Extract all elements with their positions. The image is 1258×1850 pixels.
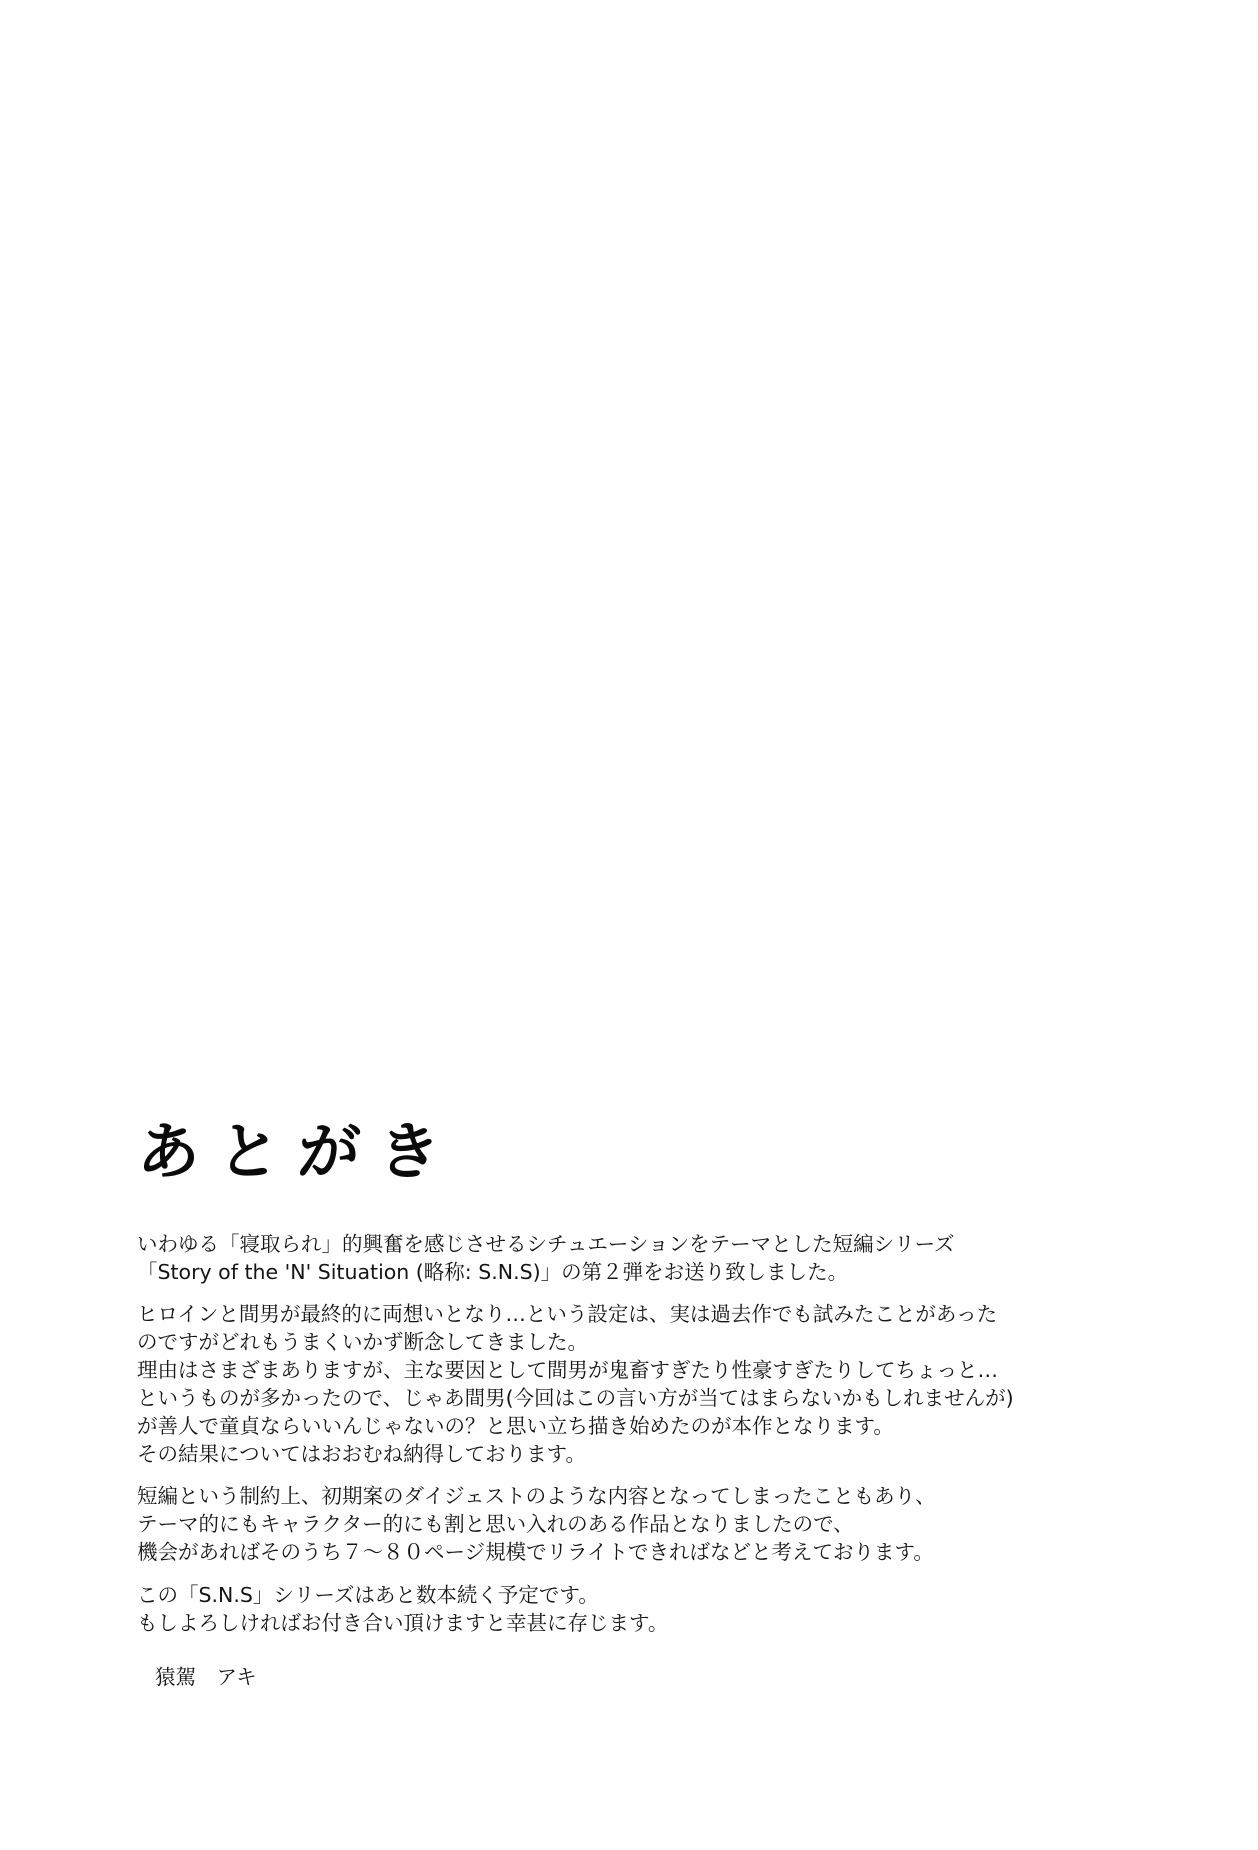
paragraph-closing: この「S.N.S」シリーズはあと数本続く予定です。 もしよろしければお付き合い頂…	[137, 1581, 1157, 1637]
afterword-body: いわゆる「寝取られ」的興奮を感じさせるシチュエーションをテーマとした短編シリーズ…	[137, 1230, 1157, 1691]
text-line: が善人で童貞ならいいんじゃないの？と思い立ち描き始めたのが本作となります。	[137, 1412, 1157, 1440]
text-line: いわゆる「寝取られ」的興奮を感じさせるシチュエーションをテーマとした短編シリーズ	[137, 1230, 1157, 1258]
afterword-page: あとがき いわゆる「寝取られ」的興奮を感じさせるシチュエーションをテーマとした短…	[0, 0, 1258, 1850]
paragraph-background: ヒロインと間男が最終的に両想いとなり…という設定は、実は過去作でも試みたことがあ…	[137, 1300, 1157, 1468]
paragraph-future-plans: 短編という制約上、初期案のダイジェストのような内容となってしまったこともあり、 …	[137, 1482, 1157, 1566]
author-signature: 猿駕 アキ	[137, 1663, 1157, 1691]
text-line: 機会があればそのうち７～８０ページ規模でリライトできればなどと考えております。	[137, 1538, 1157, 1566]
afterword-title: あとがき	[135, 1112, 461, 1192]
text-line: 短編という制約上、初期案のダイジェストのような内容となってしまったこともあり、	[137, 1482, 1157, 1510]
text-line: というものが多かったので、じゃあ間男(今回はこの言い方が当てはまらないかもしれま…	[137, 1384, 1157, 1412]
text-line: ヒロインと間男が最終的に両想いとなり…という設定は、実は過去作でも試みたことがあ…	[137, 1300, 1157, 1328]
text-line: 「Story of the 'N' Situation (略称: S.N.S)」…	[137, 1258, 1157, 1286]
text-line: その結果についてはおおむね納得しております。	[137, 1440, 1157, 1468]
paragraph-intro: いわゆる「寝取られ」的興奮を感じさせるシチュエーションをテーマとした短編シリーズ…	[137, 1230, 1157, 1286]
text-line: のですがどれもうまくいかず断念してきました。	[137, 1328, 1157, 1356]
text-line: もしよろしければお付き合い頂けますと幸甚に存じます。	[137, 1609, 1157, 1637]
text-line: この「S.N.S」シリーズはあと数本続く予定です。	[137, 1581, 1157, 1609]
text-line: 理由はさまざまありますが、主な要因として間男が鬼畜すぎたり性豪すぎたりしてちょっ…	[137, 1356, 1157, 1384]
text-line: テーマ的にもキャラクター的にも割と思い入れのある作品となりましたので、	[137, 1510, 1157, 1538]
